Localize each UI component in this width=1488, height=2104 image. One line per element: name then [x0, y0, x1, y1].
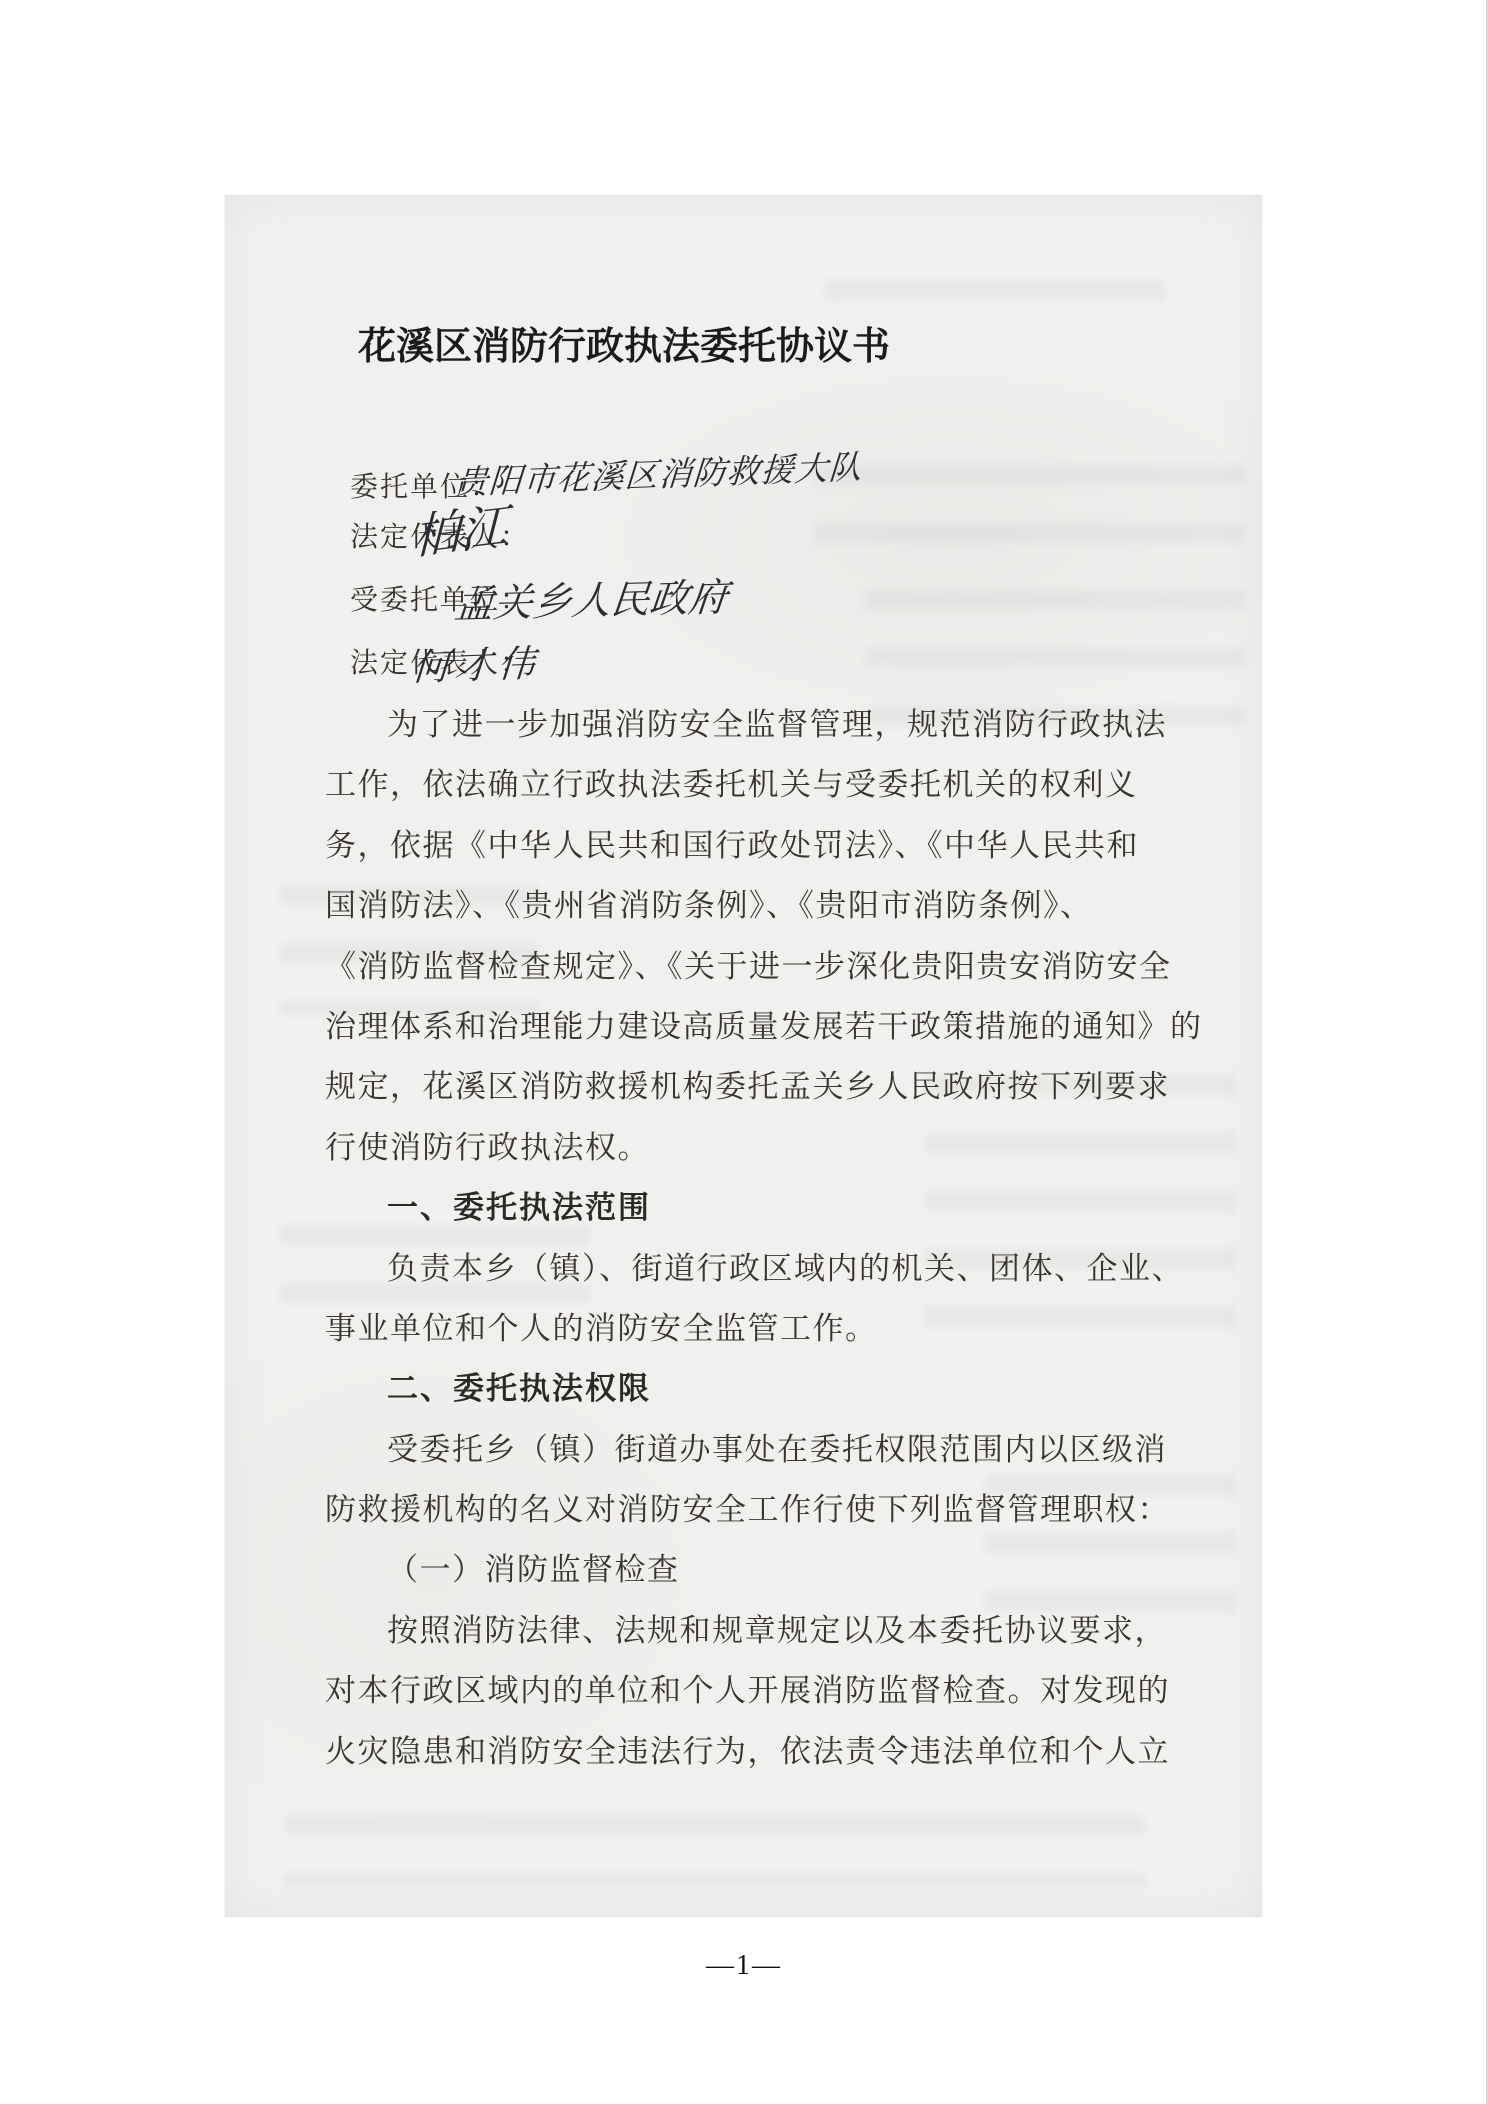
section-1-line: 事业单位和个人的消防安全监管工作。	[325, 1299, 1185, 1359]
bleed-through-artifact	[285, 1815, 1145, 1885]
legal-representative-2-handwritten-value: 何才伟	[410, 633, 543, 692]
section-2-line: 受委托乡（镇）街道办事处在委托权限范围内以区级消	[325, 1420, 1185, 1480]
page-number: —1—	[0, 1950, 1488, 1982]
scanned-page: 花溪区消防行政执法委托协议书 委托单位： 贵阳市花溪区消防救援大队 法定代表人：…	[225, 195, 1262, 1917]
document-body: 为了进一步加强消防安全监督管理，规范消防行政执法 工作，依法确立行政执法委托机关…	[325, 695, 1185, 1782]
bleed-through-artifact	[815, 465, 1245, 575]
section-2-subline: 火灾隐患和消防安全违法行为，依法责令违法单位和个人立	[325, 1722, 1185, 1782]
section-1-heading: 一、委托执法范围	[325, 1178, 1185, 1238]
section-2-subheading: （一）消防监督检查	[325, 1540, 1185, 1600]
intro-line: 行使消防行政执法权。	[325, 1118, 1185, 1178]
entrusted-unit-handwritten-value: 孟关乡人民政府	[452, 566, 730, 629]
intro-line: 《消防监督检查规定》、《关于进一步深化贵阳贵安消防安全	[325, 937, 1185, 997]
section-2-subline: 对本行政区域内的单位和个人开展消防监督检查。对发现的	[325, 1661, 1185, 1721]
field-legal-representative-2: 法定代表人： 何才伟	[350, 641, 530, 681]
section-2-subline: 按照消防法律、法规和规章规定以及本委托协议要求，	[325, 1601, 1185, 1661]
section-2-heading: 二、委托执法权限	[325, 1359, 1185, 1419]
intro-line: 国消防法》、《贵州省消防条例》、《贵阳市消防条例》、	[325, 876, 1185, 936]
entrusting-unit-handwritten-value: 贵阳市花溪区消防救援大队	[454, 441, 865, 504]
field-legal-representative-1: 法定代表人： 柏江	[350, 515, 530, 555]
intro-line: 务，依据《中华人民共和国行政处罚法》、《中华人民共和	[325, 816, 1185, 876]
intro-line: 治理体系和治理能力建设高质量发展若干政策措施的通知》的	[325, 997, 1185, 1057]
intro-line: 为了进一步加强消防安全监督管理，规范消防行政执法	[325, 695, 1185, 755]
section-1-line: 负责本乡（镇）、街道行政区域内的机关、团体、企业、	[325, 1239, 1185, 1299]
intro-line: 工作，依法确立行政执法委托机关与受委托机关的权利义	[325, 755, 1185, 815]
section-2-line: 防救援机构的名义对消防安全工作行使下列监督管理职权：	[325, 1480, 1185, 1540]
document-title: 花溪区消防行政执法委托协议书	[358, 315, 890, 370]
intro-line: 规定，花溪区消防救援机构委托孟关乡人民政府按下列要求	[325, 1057, 1185, 1117]
field-entrusted-unit: 受委托单位： 孟关乡人民政府	[350, 578, 530, 618]
legal-representative-1-handwritten-value: 柏江	[412, 487, 509, 568]
